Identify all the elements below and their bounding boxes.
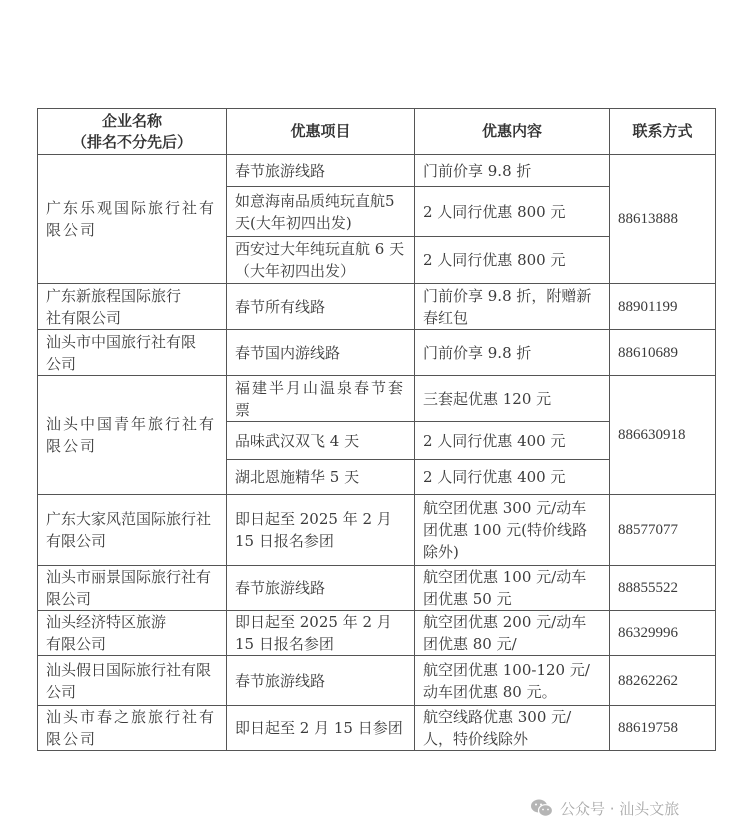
offer-item: 即日起至 2 月 15 日参团 [227, 706, 415, 751]
table-row: 广东新旅程国际旅行社有限公司 春节所有线路 门前价享 9.8 折，附赠新春红包 … [38, 284, 716, 330]
contact-phone: 88901199 [610, 284, 716, 330]
offer-content: 2 人同行优惠 800 元 [415, 237, 610, 284]
offer-item: 福建半月山温泉春节套票 [227, 376, 415, 422]
company-name: 汕头经济特区旅游有限公司 [38, 611, 227, 656]
table-row: 汕头市中国旅行社有限公司 春节国内游线路 门前价享 9.8 折 88610689 [38, 330, 716, 376]
company-name: 汕头市中国旅行社有限公司 [38, 330, 227, 376]
table-row: 广东大家风范国际旅行社有限公司 即日起至 2025 年 2 月 15 日报名参团… [38, 495, 716, 566]
company-name: 汕头市春之旅旅行社有限公司 [38, 706, 227, 751]
offer-content: 2 人同行优惠 800 元 [415, 187, 610, 237]
offer-item: 春节所有线路 [227, 284, 415, 330]
table-row: 汕头假日国际旅行社有限公司 春节旅游线路 航空团优惠 100-120 元/动车团… [38, 656, 716, 706]
wechat-account-watermark: 公众号 · 汕头文旅 [530, 796, 679, 820]
header-item: 优惠项目 [227, 109, 415, 155]
offer-item: 品味武汉双飞 4 天 [227, 422, 415, 460]
header-company-title: 企业名称 [102, 112, 162, 130]
header-row: 企业名称（排名不分先后） 优惠项目 优惠内容 联系方式 [38, 109, 716, 155]
offer-content: 航空团优惠 300 元/动车团优惠 100 元(特价线路除外) [415, 495, 610, 566]
header-contact: 联系方式 [610, 109, 716, 155]
offer-item: 春节旅游线路 [227, 566, 415, 611]
offer-content: 2 人同行优惠 400 元 [415, 460, 610, 495]
header-content: 优惠内容 [415, 109, 610, 155]
offer-item: 如意海南品质纯玩直航5天(大年初四出发) [227, 187, 415, 237]
offer-content: 航空团优惠 100-120 元/动车团优惠 80 元。 [415, 656, 610, 706]
contact-phone: 88577077 [610, 495, 716, 566]
offer-item: 春节旅游线路 [227, 656, 415, 706]
offer-item: 即日起至 2025 年 2 月 15 日报名参团 [227, 495, 415, 566]
offer-item: 春节旅游线路 [227, 155, 415, 187]
contact-phone: 88262262 [610, 656, 716, 706]
offer-content: 门前价享 9.8 折 [415, 330, 610, 376]
offer-content: 门前价享 9.8 折，附赠新春红包 [415, 284, 610, 330]
offer-content: 门前价享 9.8 折 [415, 155, 610, 187]
offer-item: 西安过大年纯玩直航 6 天（大年初四出发） [227, 237, 415, 284]
company-name: 汕头市丽景国际旅行社有限公司 [38, 566, 227, 611]
offer-item: 湖北恩施精华 5 天 [227, 460, 415, 495]
offer-item: 即日起至 2025 年 2 月 15 日报名参团 [227, 611, 415, 656]
contact-phone: 88613888 [610, 155, 716, 284]
offer-content: 2 人同行优惠 400 元 [415, 422, 610, 460]
header-company: 企业名称（排名不分先后） [38, 109, 227, 155]
table-row: 广东乐观国际旅行社有限公司 春节旅游线路 门前价享 9.8 折 88613888 [38, 155, 716, 187]
company-name: 广东乐观国际旅行社有限公司 [38, 155, 227, 284]
table-row: 汕头市春之旅旅行社有限公司 即日起至 2 月 15 日参团 航空线路优惠 300… [38, 706, 716, 751]
contact-phone: 88619758 [610, 706, 716, 751]
contact-phone: 886630918 [610, 376, 716, 495]
table-row: 汕头中国青年旅行社有限公司 福建半月山温泉春节套票 三套起优惠 120 元 88… [38, 376, 716, 422]
offer-content: 航空团优惠 200 元/动车团优惠 80 元/ [415, 611, 610, 656]
offer-content: 航空团优惠 100 元/动车团优惠 50 元 [415, 566, 610, 611]
contact-phone: 88610689 [610, 330, 716, 376]
table-row: 汕头经济特区旅游有限公司 即日起至 2025 年 2 月 15 日报名参团 航空… [38, 611, 716, 656]
company-name: 广东大家风范国际旅行社有限公司 [38, 495, 227, 566]
offer-item: 春节国内游线路 [227, 330, 415, 376]
contact-phone: 88855522 [610, 566, 716, 611]
travel-deals-table: 企业名称（排名不分先后） 优惠项目 优惠内容 联系方式 广东乐观国际旅行社有限公… [37, 108, 716, 751]
header-company-note: （排名不分先后） [72, 133, 192, 151]
offer-content: 航空线路优惠 300 元/人，特价线除外 [415, 706, 610, 751]
contact-phone: 86329996 [610, 611, 716, 656]
watermark-text: 公众号 · 汕头文旅 [560, 798, 679, 819]
offer-content: 三套起优惠 120 元 [415, 376, 610, 422]
company-name: 汕头假日国际旅行社有限公司 [38, 656, 227, 706]
company-name: 汕头中国青年旅行社有限公司 [38, 376, 227, 495]
company-name: 广东新旅程国际旅行社有限公司 [38, 284, 227, 330]
wechat-icon [530, 798, 554, 818]
table-row: 汕头市丽景国际旅行社有限公司 春节旅游线路 航空团优惠 100 元/动车团优惠 … [38, 566, 716, 611]
